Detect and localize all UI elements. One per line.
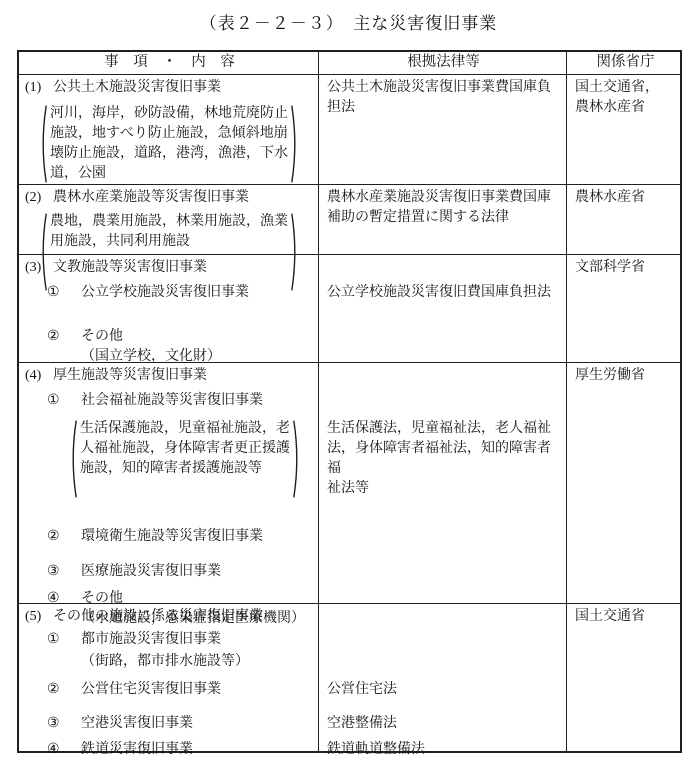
sub-item-mark: ② [47, 680, 81, 700]
sub-item-label: 都市施設災害復旧事業 [81, 632, 221, 647]
paren-close-icon [291, 104, 299, 184]
item-line: (3)文教施設等災害復旧事業 [25, 258, 314, 278]
law-text: 農林水産業施設災害復旧事業費国庫 補助の暫定措置に関する法律 [327, 188, 560, 228]
paren-open-icon [39, 104, 47, 184]
paren-close-icon [293, 419, 301, 499]
item-number: (1) [25, 78, 53, 98]
paren-block: 生活保護施設，児童福祉施設，老 人福祉施設，身体障害者更正援護 施設，知的障害者… [69, 419, 301, 499]
paren-text: 生活保護施設，児童福祉施設，老 人福祉施設，身体障害者更正援護 施設，知的障害者… [77, 419, 293, 499]
item-title: 厚生施設等災害復旧事業 [53, 368, 207, 383]
item-line: (1)公共土木施設災害復旧事業 [25, 78, 314, 98]
table-header-row: 事 項 ・ 内 容 根拠法律等 関係省庁 [19, 52, 680, 74]
item-title: 農林水産業施設等災害復旧事業 [53, 190, 249, 205]
sub-item-note: （街路，都市排水施設等） [25, 652, 314, 672]
sub-item: ②環境衛生施設等災害復旧事業 [25, 527, 314, 547]
sub-item: ①公立学校施設災害復旧事業 [25, 283, 314, 303]
header-cell-law: 根拠法律等 [318, 52, 566, 74]
item-line: (4)厚生施設等災害復旧事業 [25, 366, 314, 386]
paren-block: 河川，海岸，砂防設備，林地荒廃防止 施設，地すべり防止施設，急傾斜地崩 壊防止施… [39, 104, 299, 184]
item-title: 公共土木施設災害復旧事業 [53, 80, 221, 95]
item-title: その他の施設に係る災害復旧事業 [53, 609, 263, 624]
item-line: (5)その他の施設に係る災害復旧事業 [25, 607, 314, 627]
sub-item-mark: ① [47, 630, 81, 650]
law-text: 生活保護法，児童福祉法，老人福祉 法，身体障害者福祉法，知的障害者福 祉法等 [327, 419, 560, 499]
sub-item-mark: ② [47, 527, 81, 547]
paren-text: 河川，海岸，砂防設備，林地荒廃防止 施設，地すべり防止施設，急傾斜地崩 壊防止施… [47, 104, 291, 184]
sub-item-mark: ③ [47, 714, 81, 734]
table-row: (5)その他の施設に係る災害復旧事業 ①都市施設災害復旧事業 （街路，都市排水施… [19, 603, 680, 751]
sub-item-label: その他 [81, 329, 123, 344]
sub-item-mark: ④ [47, 740, 81, 760]
sub-item-label: 鉄道災害復旧事業 [81, 742, 193, 757]
law-text: 空港整備法 [327, 714, 560, 734]
table-row: (2)農林水産業施設等災害復旧事業 農地，農業用施設，林業用施設，漁業 用施設，… [19, 184, 680, 254]
ministry-text: 厚生労働省 [575, 366, 676, 386]
sub-item-mark: ② [47, 327, 81, 347]
paren-open-icon [69, 419, 77, 499]
sub-item-label: 社会福祉施設等災害復旧事業 [81, 393, 263, 408]
sub-item-mark: ① [47, 391, 81, 411]
sub-item: ③医療施設災害復旧事業 [25, 562, 314, 582]
sub-item: ①社会福祉施設等災害復旧事業 [25, 391, 314, 411]
sub-item: ④鉄道災害復旧事業 [25, 740, 314, 760]
item-number: (2) [25, 188, 53, 208]
table-row: (4)厚生施設等災害復旧事業 ①社会福祉施設等災害復旧事業 生活保護施設，児童福… [19, 362, 680, 603]
sub-item-label: 空港災害復旧事業 [81, 716, 193, 731]
header-cell-item: 事 項 ・ 内 容 [19, 52, 318, 74]
disaster-recovery-table: 事 項 ・ 内 容 根拠法律等 関係省庁 (1)公共土木施設災害復旧事業 河川，… [17, 50, 682, 753]
sub-item: ②その他 [25, 327, 314, 347]
ministry-text: 国土交通省， 農林水産省 [575, 78, 676, 118]
sub-item: ①都市施設災害復旧事業 [25, 630, 314, 650]
ministry-text: 農林水産省 [575, 188, 676, 208]
sub-item-mark: ③ [47, 562, 81, 582]
sub-item: ③空港災害復旧事業 [25, 714, 314, 734]
table-row: (1)公共土木施設災害復旧事業 河川，海岸，砂防設備，林地荒廃防止 施設，地すべ… [19, 74, 680, 184]
law-text: 公営住宅法 [327, 680, 560, 700]
ministry-text: 国土交通省 [575, 607, 676, 627]
sub-item-label: 公営住宅災害復旧事業 [81, 682, 221, 697]
law-text: 公立学校施設災害復旧費国庫負担法 [327, 283, 560, 303]
sub-item-label: 公立学校施設災害復旧事業 [81, 285, 249, 300]
sub-item-label: 環境衛生施設等災害復旧事業 [81, 529, 263, 544]
document-page: （表２－２－３） 主な災害復旧事業 事 項 ・ 内 容 根拠法律等 関係省庁 (… [0, 0, 697, 769]
sub-item-label: 医療施設災害復旧事業 [81, 564, 221, 579]
law-text: 鉄道軌道整備法 [327, 740, 560, 760]
header-cell-ministry: 関係省庁 [566, 52, 680, 74]
sub-item: ②公営住宅災害復旧事業 [25, 680, 314, 700]
item-number: (3) [25, 258, 53, 278]
item-title: 文教施設等災害復旧事業 [53, 260, 207, 275]
item-number: (4) [25, 366, 53, 386]
item-number: (5) [25, 607, 53, 627]
ministry-text: 文部科学省 [575, 258, 676, 278]
table-row: (3)文教施設等災害復旧事業 ①公立学校施設災害復旧事業 ②その他 （国立学校，… [19, 254, 680, 362]
item-line: (2)農林水産業施設等災害復旧事業 [25, 188, 314, 208]
sub-item-mark: ① [47, 283, 81, 303]
law-text: 公共土木施設災害復旧事業費国庫負 担法 [327, 78, 560, 118]
page-title: （表２－２－３） 主な災害復旧事業 [0, 9, 697, 34]
